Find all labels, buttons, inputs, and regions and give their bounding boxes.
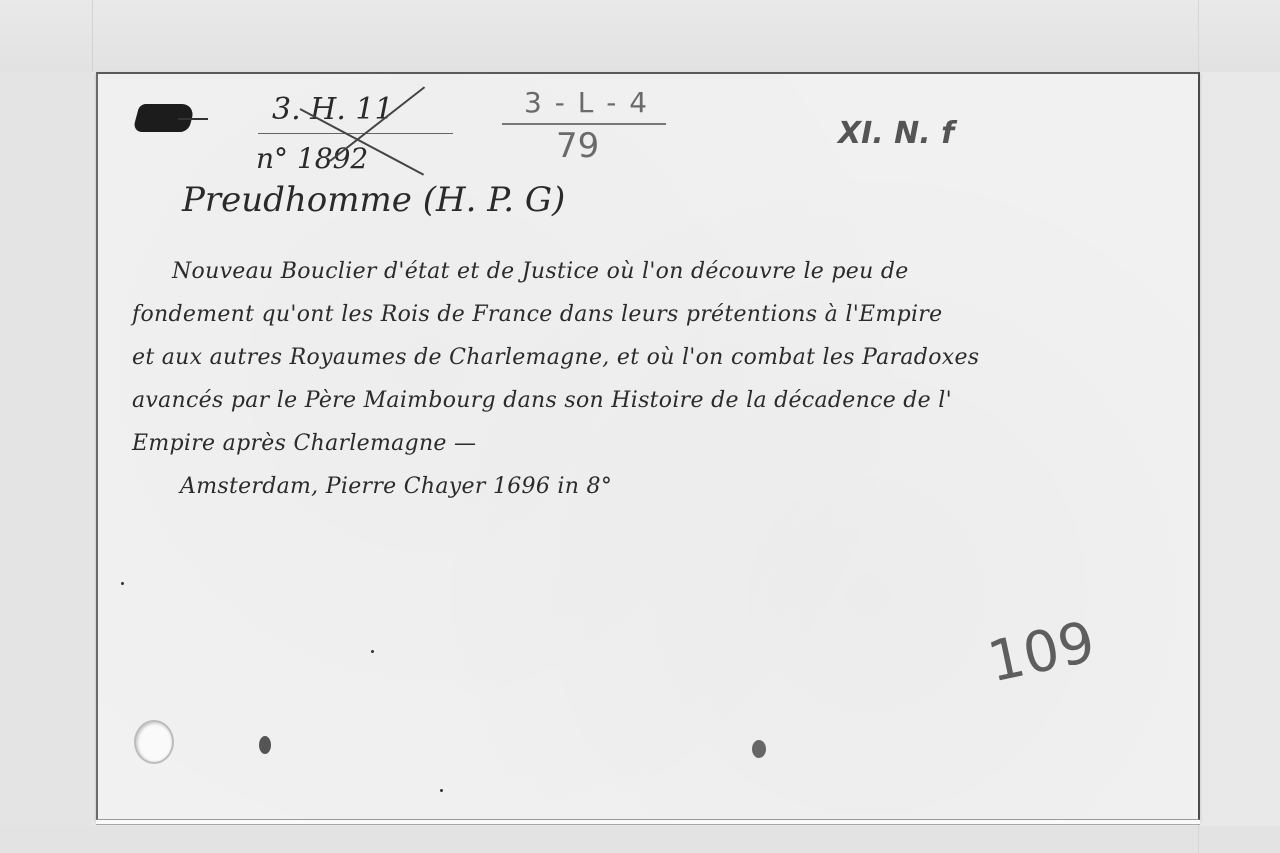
punch-hole xyxy=(134,720,174,764)
ink-blot-stroke xyxy=(178,118,208,120)
background-strip-left xyxy=(0,72,92,832)
cancelled-shelfmark-bottom: n° 1892 xyxy=(256,142,368,175)
title-line: et aux autres Royaumes de Charlemagne, e… xyxy=(132,336,1152,379)
speck xyxy=(371,650,374,653)
title-line: Empire après Charlemagne — xyxy=(132,422,1152,465)
title-description: Nouveau Bouclier d'état et de Justice où… xyxy=(132,250,1152,508)
class-mark: XI. N. f xyxy=(838,116,954,151)
speck xyxy=(440,789,443,792)
shelfmark-bottom: 79 xyxy=(556,126,599,166)
strip-edge xyxy=(92,0,93,72)
cancelled-shelfmark-top: 3. H. 11 xyxy=(272,92,394,127)
title-line: avancés par le Père Maimbourg dans son H… xyxy=(132,379,1152,422)
fraction-line xyxy=(502,123,666,125)
punch-hole xyxy=(752,740,766,758)
speck xyxy=(121,582,124,585)
title-line: Nouveau Bouclier d'état et de Justice où… xyxy=(132,250,1152,293)
card-bottom-edge xyxy=(96,820,1200,825)
background-strip-right xyxy=(1200,72,1280,832)
fraction-line xyxy=(258,133,453,134)
shelfmark-top: 3 - L - 4 xyxy=(524,86,649,119)
punch-hole xyxy=(259,736,271,754)
imprint-line: Amsterdam, Pierre Chayer 1696 in 8° xyxy=(132,465,1152,508)
background-strip-top xyxy=(0,0,1280,72)
background-strip-bottom xyxy=(0,826,1280,853)
author-heading: Preudhomme (H. P. G) xyxy=(182,180,565,220)
title-line: fondement qu'ont les Rois de France dans… xyxy=(132,293,1152,336)
